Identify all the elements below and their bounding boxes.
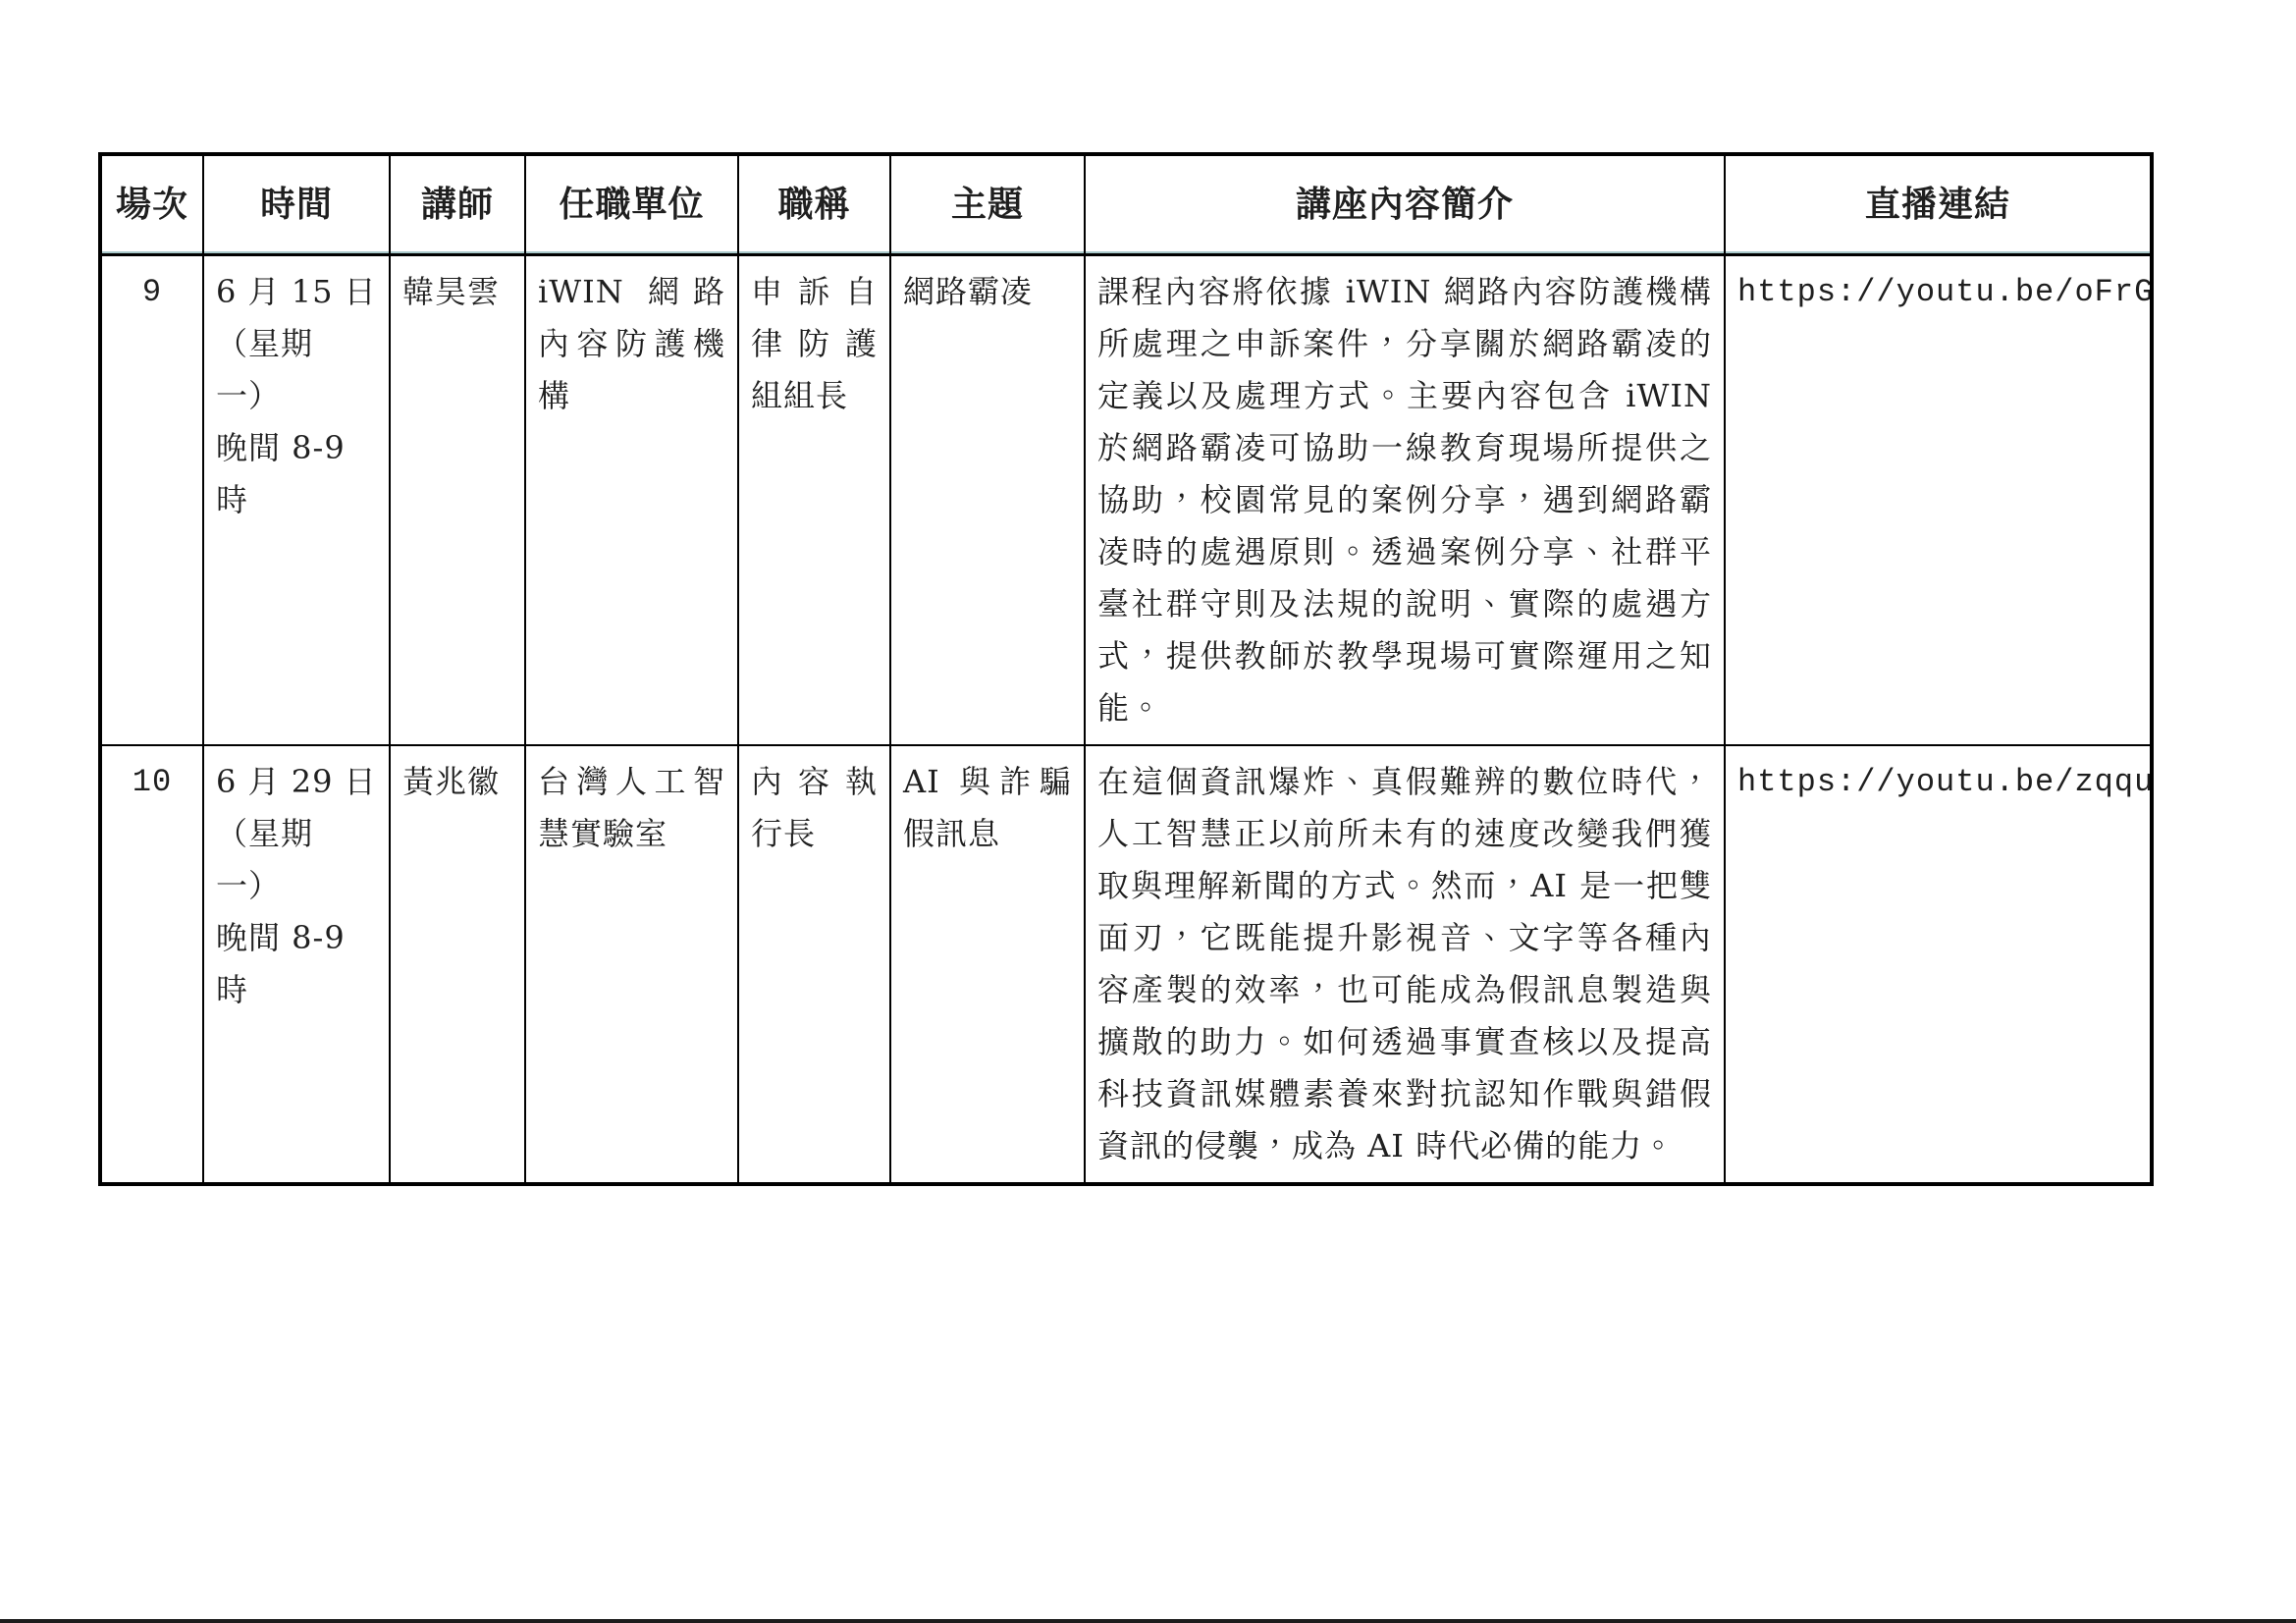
topic-cell: AI 與詐騙假訊息	[890, 745, 1085, 1184]
organization-cell: iWIN 網路內容防護機構	[525, 254, 738, 745]
lecturer-cell: 黃兆徽	[390, 745, 525, 1184]
table-body: 9 6 月 15 日 （星期一） 晚間 8-9 時 韓昊雲 iWIN 網路內容防…	[100, 254, 2152, 1184]
table-row: 9 6 月 15 日 （星期一） 晚間 8-9 時 韓昊雲 iWIN 網路內容防…	[100, 254, 2152, 745]
job-title-cell: 申訴自律防護組組長	[738, 254, 890, 745]
lecturer-cell: 韓昊雲	[390, 254, 525, 745]
header-row: 場次 時間 講師 任職單位 職稱 主題 講座內容簡介 直播連結	[100, 154, 2152, 254]
job-title-cell: 內容執行長	[738, 745, 890, 1184]
topic-cell: 網路霸凌	[890, 254, 1085, 745]
column-header-organization: 任職單位	[525, 154, 738, 254]
stream-link-cell: https://youtu.be/zqqu_KppgHg	[1725, 745, 2152, 1184]
organization-cell: 台灣人工智慧實驗室	[525, 745, 738, 1184]
description-cell: 在這個資訊爆炸、真假難辨的數位時代，人工智慧正以前所未有的速度改變我們獲取與理解…	[1085, 745, 1725, 1184]
stream-link[interactable]: https://youtu.be/zqqu_KppgHg	[1737, 764, 2152, 800]
column-header-description: 講座內容簡介	[1085, 154, 1725, 254]
stream-link[interactable]: https://youtu.be/oFrGqMUtVKI	[1737, 274, 2152, 310]
session-number-cell: 9	[100, 254, 203, 745]
column-header-topic: 主題	[890, 154, 1085, 254]
session-number-cell: 10	[100, 745, 203, 1184]
document-page: 場次 時間 講師 任職單位 職稱 主題 講座內容簡介 直播連結 9 6 月 15…	[0, 0, 2296, 1623]
table-header: 場次 時間 講師 任職單位 職稱 主題 講座內容簡介 直播連結	[100, 154, 2152, 254]
column-header-time: 時間	[203, 154, 390, 254]
column-header-job-title: 職稱	[738, 154, 890, 254]
page-bottom-edge-line	[0, 1619, 2296, 1623]
time-cell: 6 月 29 日 （星期一） 晚間 8-9 時	[203, 745, 390, 1184]
stream-link-cell: https://youtu.be/oFrGqMUtVKI	[1725, 254, 2152, 745]
table-row: 10 6 月 29 日 （星期一） 晚間 8-9 時 黃兆徽 台灣人工智慧實驗室…	[100, 745, 2152, 1184]
column-header-session: 場次	[100, 154, 203, 254]
column-header-lecturer: 講師	[390, 154, 525, 254]
column-header-stream-link: 直播連結	[1725, 154, 2152, 254]
lecture-schedule-table: 場次 時間 講師 任職單位 職稱 主題 講座內容簡介 直播連結 9 6 月 15…	[98, 152, 2154, 1186]
time-cell: 6 月 15 日 （星期一） 晚間 8-9 時	[203, 254, 390, 745]
description-cell: 課程內容將依據 iWIN 網路內容防護機構所處理之申訴案件，分享關於網路霸凌的定…	[1085, 254, 1725, 745]
